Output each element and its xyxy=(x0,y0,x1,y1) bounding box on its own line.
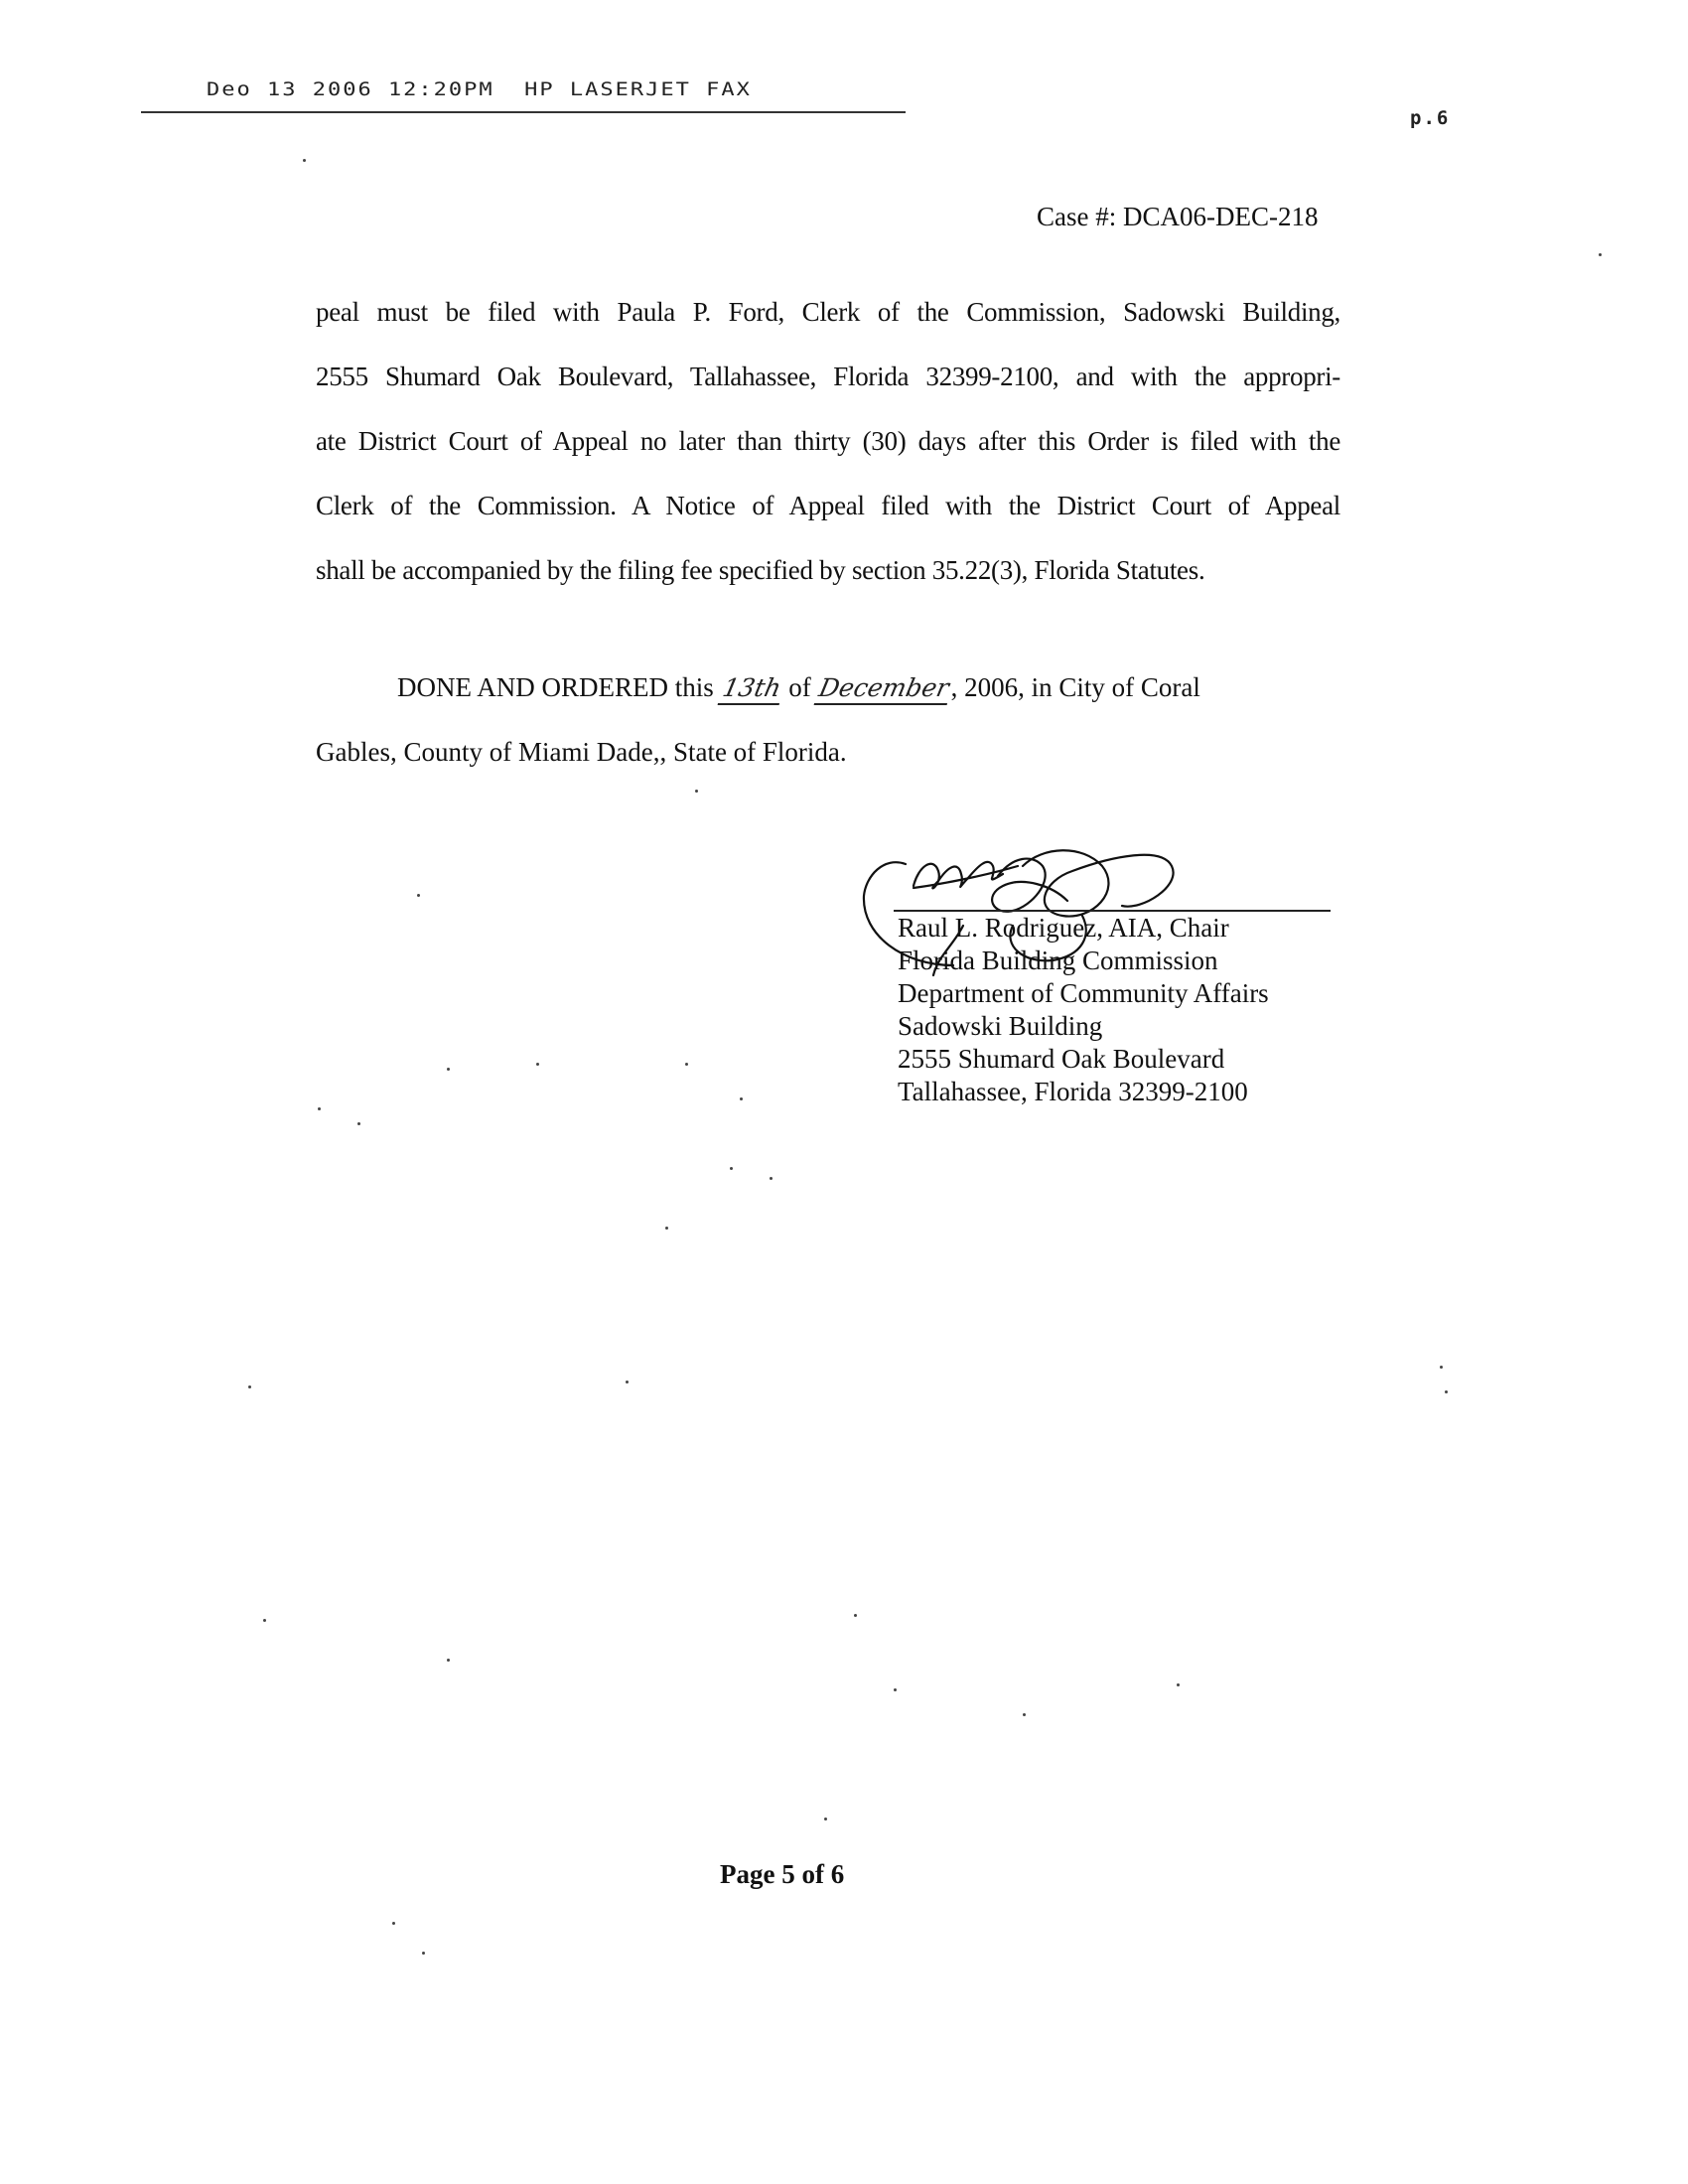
fax-header-rule xyxy=(141,111,906,113)
scan-speck xyxy=(1445,1390,1448,1393)
scan-speck xyxy=(695,790,698,793)
scan-speck xyxy=(1440,1366,1443,1369)
signatory-org: Florida Building Commission xyxy=(898,945,1269,977)
signatory-city: Tallahassee, Florida 32399-2100 xyxy=(898,1076,1269,1108)
signatory-street: 2555 Shumard Oak Boulevard xyxy=(898,1043,1269,1076)
order-suffix: , 2006, in City of Coral xyxy=(951,672,1200,702)
scan-speck xyxy=(730,1167,733,1170)
scan-speck xyxy=(422,1952,425,1955)
scan-speck xyxy=(1177,1683,1180,1686)
signatory-details: Raul L. Rodriguez, AIA, Chair Florida Bu… xyxy=(898,912,1269,1108)
signatory-name: Raul L. Rodriguez, AIA, Chair xyxy=(898,912,1269,945)
signatory-dept: Department of Community Affairs xyxy=(898,977,1269,1010)
paragraph-line: ate District Court of Appeal no later th… xyxy=(316,409,1340,474)
fax-header-text: Deo 13 2006 12:20PM HP LASERJET FAX xyxy=(207,79,752,100)
handwritten-month: December xyxy=(814,673,954,705)
scan-speck xyxy=(447,1659,450,1662)
scan-speck xyxy=(740,1097,743,1100)
scan-speck xyxy=(626,1381,629,1383)
scan-speck xyxy=(824,1818,827,1820)
scan-speck xyxy=(770,1177,773,1180)
order-line-2: Gables, County of Miami Dade,, State of … xyxy=(316,737,847,767)
scan-speck xyxy=(392,1922,395,1925)
scan-speck xyxy=(318,1107,321,1110)
page-number: Page 5 of 6 xyxy=(720,1859,844,1890)
order-line-1: DONE AND ORDERED this 13th of December, … xyxy=(316,655,1348,720)
fax-page-marker: p.6 xyxy=(1410,107,1450,129)
scan-speck xyxy=(357,1122,360,1125)
scan-speck xyxy=(1599,253,1602,256)
paragraph-line: 2555 Shumard Oak Boulevard, Tallahassee,… xyxy=(316,345,1340,409)
scan-speck xyxy=(248,1385,251,1388)
scan-speck xyxy=(447,1068,450,1071)
order-of: of xyxy=(781,672,817,702)
case-number: Case #: DCA06-DEC-218 xyxy=(1037,202,1318,232)
order-prefix: DONE AND ORDERED this xyxy=(397,672,721,702)
done-and-ordered: DONE AND ORDERED this 13th of December, … xyxy=(316,655,1348,785)
paragraph-line: Clerk of the Commission. A Notice of App… xyxy=(316,474,1340,538)
scan-speck xyxy=(854,1614,857,1617)
scan-speck xyxy=(263,1619,266,1622)
scan-speck xyxy=(536,1063,539,1066)
appeal-paragraph: peal must be filed with Paula P. Ford, C… xyxy=(316,280,1340,603)
paragraph-line: peal must be filed with Paula P. Ford, C… xyxy=(316,280,1340,345)
handwritten-day: 13th xyxy=(717,673,785,705)
scan-speck xyxy=(417,894,420,897)
scan-speck xyxy=(303,159,306,162)
scan-speck xyxy=(685,1063,688,1066)
signatory-building: Sadowski Building xyxy=(898,1010,1269,1043)
paragraph-line: shall be accompanied by the filing fee s… xyxy=(316,538,1340,603)
scan-speck xyxy=(665,1227,668,1230)
scan-speck xyxy=(894,1688,897,1691)
scan-speck xyxy=(1023,1713,1026,1716)
